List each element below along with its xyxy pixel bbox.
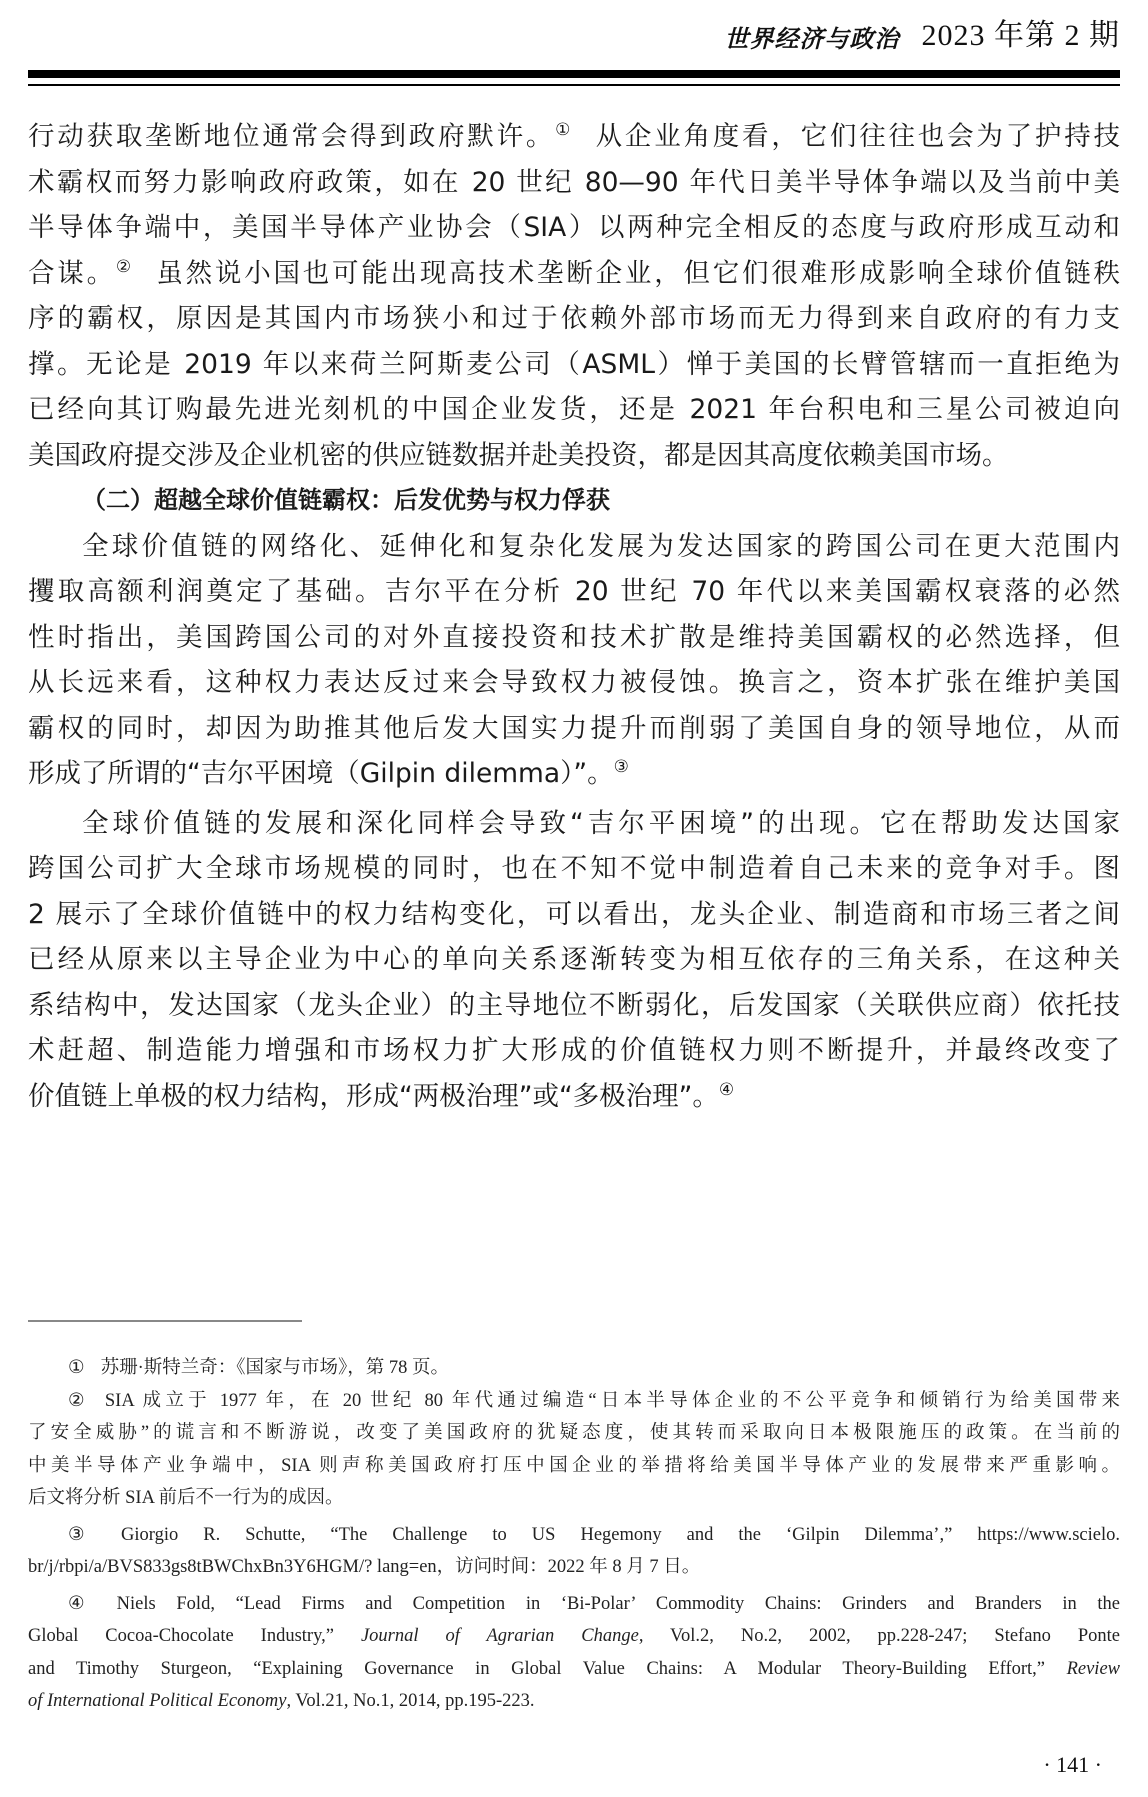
footnote-2: ② SIA 成立于 1977 年，在 20 世纪 80 年代通过编造“日本半导体…	[28, 1385, 1120, 1515]
text-line: 序的霸权，原因是其国内市场狭小和过于依赖外部市场而无力得到来自政府的有力支	[28, 296, 1120, 342]
footnotes: ① 苏珊·斯特兰奇：《国家与市场》，第 78 页。 ② SIA 成立于 1977…	[28, 1352, 1120, 1718]
footnote-url-line: br/j/rbpi/a/BVS833gs8tBWChxBn3Y6HGM/? la…	[28, 1551, 1120, 1584]
footnote-3: ③ Giorgio R. Schutte, “The Challenge to …	[28, 1519, 1120, 1584]
journal-title: Journal of Agrarian Change	[361, 1626, 639, 1646]
text-line: 行动获取垄断地位通常会得到政府默许。① 从企业角度看，它们往往也会为了护持技	[28, 114, 1120, 160]
footnote-line: 了安全威胁”的谎言和不断游说，改变了美国政府的犹疑态度，使其转而采取向日本极限施…	[28, 1417, 1120, 1450]
text-line: 已经从原来以主导企业为中心的单向关系逐渐转变为相互依存的三角关系，在这种关	[28, 937, 1120, 983]
footnote-ref-1[interactable]: ①	[555, 120, 573, 140]
text-line: 形成了所谓的“吉尔平困境（Gilpin dilemma）”。③	[28, 751, 1120, 797]
page-number: · 141 ·	[1043, 1752, 1102, 1778]
footnote-line: Global Cocoa-Chocolate Industry,” Journa…	[28, 1620, 1120, 1653]
text-line: 性时指出，美国跨国公司的对外直接投资和技术扩散是维持美国霸权的必然选择，但	[28, 615, 1120, 661]
text-line: 跨国公司扩大全球市场规模的同时，也在不知不觉中制造着自己未来的竞争对手。图	[28, 846, 1120, 892]
journal-title: of International Political Economy	[28, 1691, 286, 1711]
body-text: 行动获取垄断地位通常会得到政府默许。① 从企业角度看，它们往往也会为了护持技 术…	[28, 114, 1120, 1119]
text-line: 系结构中，发达国家（龙头企业）的主导地位不断弱化，后发国家（关联供应商）依托技	[28, 983, 1120, 1029]
footnote-line: 后文将分析 SIA 前后不一行为的成因。	[28, 1482, 1120, 1515]
text-line: 美国政府提交涉及企业机密的供应链数据并赴美投资，都是因其高度依赖美国市场。	[28, 433, 1120, 479]
footnote-ref-3[interactable]: ③	[614, 757, 629, 777]
footnote-line: ④ Niels Fold, “Lead Firms and Competitio…	[28, 1588, 1120, 1621]
footnote-line: 中美半导体产业争端中，SIA 则声称美国政府打压中国企业的举措将给美国半导体产业…	[28, 1450, 1120, 1483]
journal-name: 世界经济与政治	[725, 19, 900, 54]
text-line: 全球价值链的发展和深化同样会导致“吉尔平困境”的出现。它在帮助发达国家	[28, 801, 1120, 847]
paragraph-1: 行动获取垄断地位通常会得到政府默许。① 从企业角度看，它们往往也会为了护持技 术…	[28, 114, 1120, 478]
footnote-1: ① 苏珊·斯特兰奇：《国家与市场》，第 78 页。	[28, 1352, 1120, 1385]
journal-title: Review	[1067, 1659, 1120, 1679]
footnote-line: ① 苏珊·斯特兰奇：《国家与市场》，第 78 页。	[28, 1352, 1120, 1385]
header-rule-thin	[28, 84, 1120, 86]
paragraph-3: 全球价值链的发展和深化同样会导致“吉尔平困境”的出现。它在帮助发达国家 跨国公司…	[28, 801, 1120, 1120]
text-line: 价值链上单极的权力结构，形成“两极治理”或“多极治理”。④	[28, 1074, 1120, 1120]
footnote-marker: ①	[68, 1352, 96, 1385]
text-line: 已经向其订购最先进光刻机的中国企业发货，还是 2021 年台积电和三星公司被迫向	[28, 387, 1120, 433]
footnote-line: of International Political Economy, Vol.…	[28, 1685, 1120, 1718]
text-line: 术赶超、制造能力增强和市场权力扩大形成的价值链权力则不断提升，并最终改变了	[28, 1028, 1120, 1074]
footnote-marker: ④	[68, 1588, 96, 1621]
text-line: 攫取高额利润奠定了基础。吉尔平在分析 20 世纪 70 年代以来美国霸权衰落的必…	[28, 569, 1120, 615]
footnote-line: ③ Giorgio R. Schutte, “The Challenge to …	[28, 1519, 1120, 1552]
paragraph-2: 全球价值链的网络化、延伸化和复杂化发展为发达国家的跨国公司在更大范围内 攫取高额…	[28, 524, 1120, 797]
section-heading: （二）超越全球价值链霸权：后发优势与权力俘获	[28, 478, 1120, 524]
footnote-marker: ②	[68, 1385, 96, 1418]
text-line: 半导体争端中，美国半导体产业协会（SIA）以两种完全相反的态度与政府形成互动和	[28, 205, 1120, 251]
header-rule-thick	[28, 70, 1120, 78]
text-line: 霸权的同时，却因为助推其他后发大国实力提升而削弱了美国自身的领导地位，从而	[28, 706, 1120, 752]
text-line: 从长远来看，这种权力表达反过来会导致权力被侵蚀。换言之，资本扩张在维护美国	[28, 660, 1120, 706]
text-line: 全球价值链的网络化、延伸化和复杂化发展为发达国家的跨国公司在更大范围内	[28, 524, 1120, 570]
text-line: 合谋。② 虽然说小国也可能出现高技术垄断企业，但它们很难形成影响全球价值链秩	[28, 251, 1120, 297]
footnote-ref-4[interactable]: ④	[719, 1080, 734, 1100]
footnote-separator	[28, 1320, 302, 1322]
footnote-marker: ③	[68, 1519, 96, 1552]
running-header: 世界经济与政治 2023 年第 2 期	[725, 14, 1121, 54]
issue-label: 2023 年第 2 期	[922, 10, 1121, 54]
text-line: 撑。无论是 2019 年以来荷兰阿斯麦公司（ASML）惮于美国的长臂管辖而一直拒…	[28, 342, 1120, 388]
footnote-4: ④ Niels Fold, “Lead Firms and Competitio…	[28, 1588, 1120, 1718]
footnote-line: and Timothy Sturgeon, “Explaining Govern…	[28, 1653, 1120, 1686]
text-line: 2 展示了全球价值链中的权力结构变化，可以看出，龙头企业、制造商和市场三者之间	[28, 892, 1120, 938]
text-line: 术霸权而努力影响政府政策，如在 20 世纪 80—90 年代日美半导体争端以及当…	[28, 160, 1120, 206]
footnote-line: ② SIA 成立于 1977 年，在 20 世纪 80 年代通过编造“日本半导体…	[28, 1385, 1120, 1418]
footnote-ref-2[interactable]: ②	[116, 257, 134, 277]
